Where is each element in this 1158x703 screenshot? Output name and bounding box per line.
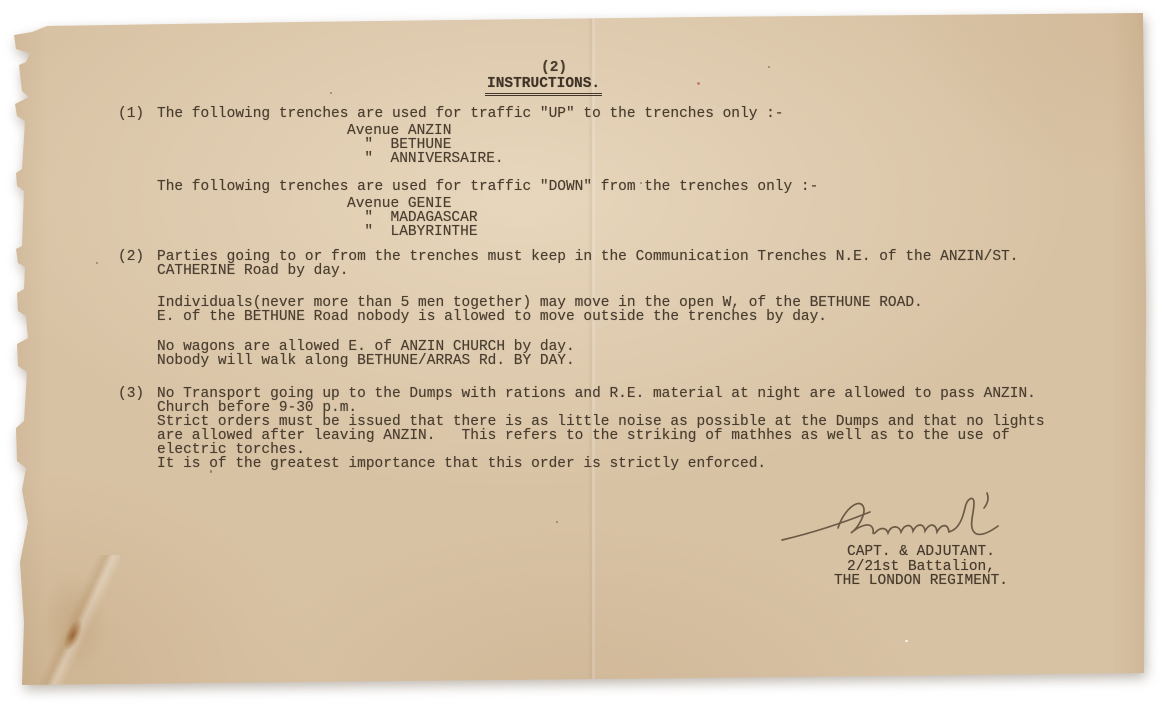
paper-speck	[330, 92, 332, 94]
scanned-document-photo: (2) INSTRUCTIONS. (1) The following tren…	[0, 0, 1158, 703]
paper-speck	[697, 82, 700, 85]
document-paper-sheet: (2) INSTRUCTIONS. (1) The following tren…	[0, 0, 1158, 703]
paper-speck	[768, 66, 770, 68]
trench-list-down-1: Avenue GENIE	[347, 197, 451, 211]
item-2-line-2: CATHERINE Road by day.	[157, 264, 348, 278]
document-title: INSTRUCTIONS.	[485, 76, 602, 96]
item-3-line-5: electric torches.	[157, 443, 305, 457]
signature-role: CAPT. & ADJUTANT.	[782, 545, 1060, 559]
paper-shadow-wrap: (2) INSTRUCTIONS. (1) The following tren…	[0, 0, 1158, 703]
item-1-line-down: The following trenches are used for traf…	[157, 180, 818, 194]
page-number: (2)	[541, 61, 567, 75]
item-2-line-4: E. of the BETHUNE Road nobody is allowed…	[157, 310, 827, 324]
signature-unit: 2/21st Battalion,	[782, 560, 1060, 574]
item-3-line-3: Strict orders must be issued that there …	[157, 415, 1045, 429]
item-3-line-6: It is of the greatest importance that th…	[157, 457, 766, 471]
item-3-number: (3)	[118, 387, 144, 401]
item-1-number: (1)	[118, 107, 144, 121]
item-3-line-2: Church before 9-30 p.m.	[157, 401, 357, 415]
trench-list-up-3: " ANNIVERSAIRE.	[347, 152, 504, 166]
signature-regiment: THE LONDON REGIMENT.	[782, 574, 1060, 588]
trench-list-down-2: " MADAGASCAR	[347, 211, 478, 225]
item-2-number: (2)	[118, 250, 144, 264]
handwritten-signature-icon	[778, 486, 1018, 548]
item-1-line-up: The following trenches are used for traf…	[157, 107, 784, 121]
trench-list-up-1: Avenue ANZIN	[347, 124, 451, 138]
item-2-line-3: Individuals(never more than 5 men togeth…	[157, 296, 923, 310]
paper-speck	[556, 521, 558, 523]
paper-speck	[905, 640, 908, 642]
trench-list-up-2: " BETHUNE	[347, 138, 451, 152]
paper-speck	[96, 262, 98, 264]
item-2-line-1: Parties going to or from the trenches mu…	[157, 250, 1018, 264]
item-2-line-6: Nobody will walk along BETHUNE/ARRAS Rd.…	[157, 354, 575, 368]
item-2-line-5: No wagons are allowed E. of ANZIN CHURCH…	[157, 340, 575, 354]
trench-list-down-3: " LABYRINTHE	[347, 225, 478, 239]
item-3-line-4: are allowed after leaving ANZIN. This re…	[157, 429, 1010, 443]
item-3-line-1: No Transport going up to the Dumps with …	[157, 387, 1036, 401]
